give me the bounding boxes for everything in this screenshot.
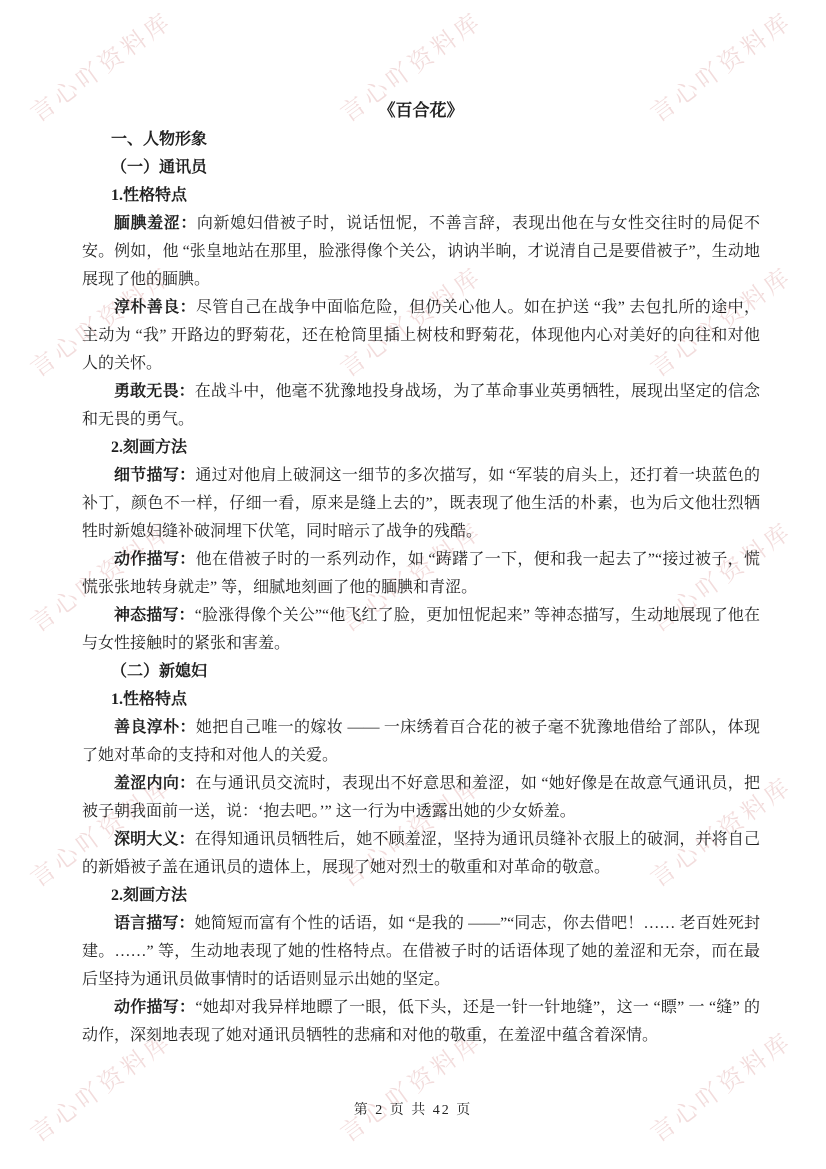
paragraph-lead: 动作描写： [114, 999, 195, 1016]
section-heading: 1.性格特点 [82, 686, 760, 714]
paragraph-lead: 淳朴善良： [114, 299, 196, 316]
section-heading: （一）通讯员 [82, 154, 760, 182]
page-number-footer: 第 2 页 共 42 页 [0, 1099, 826, 1119]
paragraph: 淳朴善良：尽管自己在战争中面临危险，但仍关心他人。如在护送 “我” 去包扎所的途… [82, 294, 760, 378]
document-page: 言心吖资料库言心吖资料库言心吖资料库言心吖资料库言心吖资料库言心吖资料库言心吖资… [0, 0, 826, 1169]
document-body: 《百合花》 一、人物形象（一）通讯员1.性格特点腼腆羞涩：向新媳妇借被子时，说话… [82, 96, 760, 1050]
paragraph-lead: 深明大义： [114, 831, 195, 848]
paragraph: 深明大义：在得知通讯员牺牲后，她不顾羞涩，坚持为通讯员缝补衣服上的破洞，并将自己… [82, 826, 760, 882]
paragraph: 细节描写：通过对他肩上破洞这一细节的多次描写，如 “军装的肩头上，还打着一块蓝色… [82, 462, 760, 546]
paragraph-lead: 语言描写： [114, 915, 195, 932]
paragraph: 羞涩内向：在与通讯员交流时，表现出不好意思和羞涩，如 “她好像是在故意气通讯员，… [82, 770, 760, 826]
paragraph-lead: 善良淳朴： [114, 719, 196, 736]
paragraph-lead: 动作描写： [114, 551, 196, 568]
section-heading: 2.刻画方法 [82, 434, 760, 462]
document-title: 《百合花》 [82, 96, 760, 126]
paragraph-lead: 羞涩内向： [114, 775, 195, 792]
paragraph-lead: 腼腆羞涩： [114, 215, 197, 232]
section-heading: 1.性格特点 [82, 182, 760, 210]
paragraph-lead: 细节描写： [114, 467, 195, 484]
section-heading: 2.刻画方法 [82, 882, 760, 910]
paragraph-lead: 勇敢无畏： [114, 383, 195, 400]
paragraph: 语言描写：她简短而富有个性的话语，如 “是我的 ——”“同志，你去借吧！…… 老… [82, 910, 760, 994]
paragraph: 善良淳朴：她把自己唯一的嫁妆 —— 一床绣着百合花的被子毫不犹豫地借给了部队，体… [82, 714, 760, 770]
section-heading: （二）新媳妇 [82, 658, 760, 686]
document-content: 一、人物形象（一）通讯员1.性格特点腼腆羞涩：向新媳妇借被子时，说话忸怩，不善言… [82, 126, 760, 1050]
paragraph: 神态描写：“脸涨得像个关公”“他飞红了脸，更加忸怩起来” 等神态描写，生动地展现… [82, 602, 760, 658]
paragraph: 勇敢无畏：在战斗中，他毫不犹豫地投身战场，为了革命事业英勇牺牲，展现出坚定的信念… [82, 378, 760, 434]
paragraph-lead: 神态描写： [114, 607, 195, 624]
paragraph: 腼腆羞涩：向新媳妇借被子时，说话忸怩，不善言辞，表现出他在与女性交往时的局促不安… [82, 210, 760, 294]
paragraph: 动作描写：他在借被子时的一系列动作，如 “踌躇了一下，便和我一起去了”“接过被子… [82, 546, 760, 602]
paragraph: 动作描写：“她却对我异样地瞟了一眼，低下头，还是一针一针地缝”，这一 “瞟” 一… [82, 994, 760, 1050]
section-heading: 一、人物形象 [82, 126, 760, 154]
